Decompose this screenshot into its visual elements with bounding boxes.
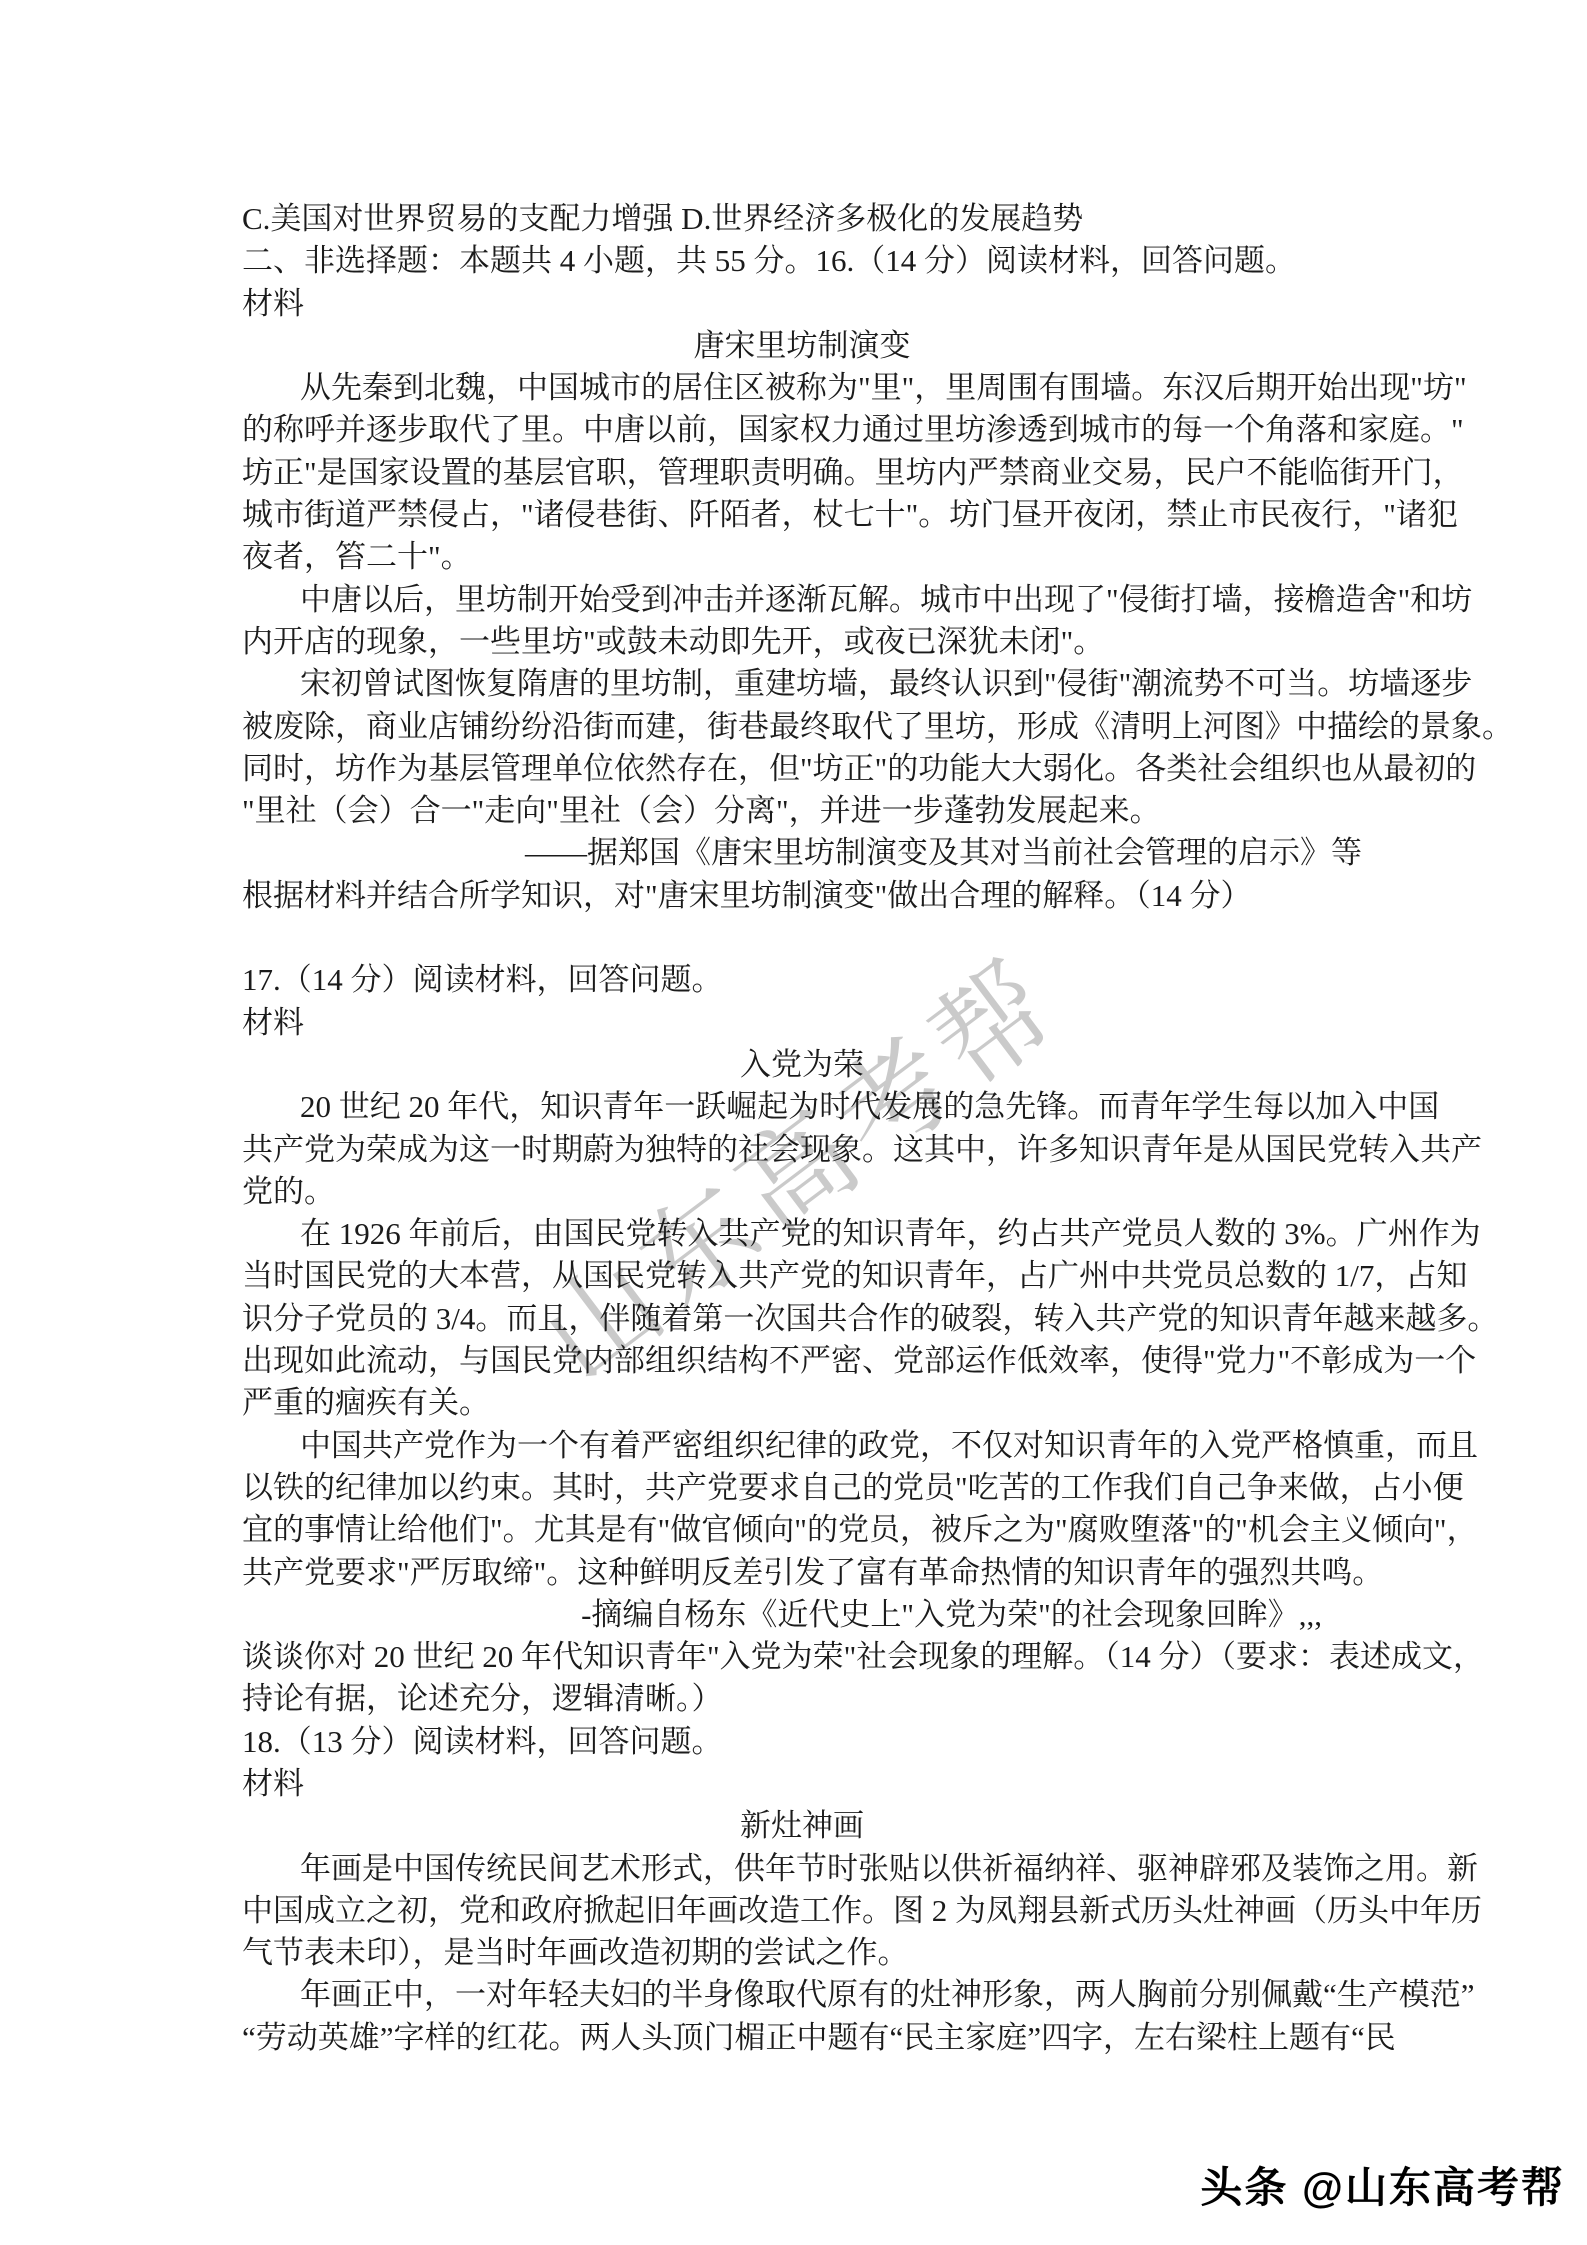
- text-line: 在 1926 年前后，由国民党转入共产党的知识青年，约占共产党员人数的 3%。广…: [242, 1213, 1362, 1255]
- text-line: 根据材料并结合所学知识，对"唐宋里坊制演变"做出合理的解释。（14 分）: [242, 875, 1362, 917]
- section-title: 入党为荣: [242, 1044, 1362, 1086]
- text-line: 18.（13 分）阅读材料，回答问题。: [242, 1721, 1362, 1763]
- text-line: 二、非选择题：本题共 4 小题，共 55 分。16.（14 分）阅读材料，回答问…: [242, 240, 1362, 282]
- text-line: 年画是中国传统民间艺术形式，供年节时张贴以供祈福纳祥、驱神辟邪及装饰之用。新: [242, 1848, 1362, 1890]
- text-line: 出现如此流动，与国民党内部组织结构不严密、党部运作低效率，使得"党力"不彰成为一…: [242, 1340, 1362, 1382]
- source-byline: ——据郑国《唐宋里坊制演变及其对当前社会管理的启示》等: [242, 832, 1362, 874]
- text-line: 材料: [242, 1002, 1362, 1044]
- source-byline: -摘编自杨东《近代史上"入党为荣"的社会现象回眸》,,,: [242, 1594, 1362, 1636]
- exam-page: 山东高考帮 C.美国对世界贸易的支配力增强 D.世界经济多极化的发展趋势二、非选…: [0, 0, 1587, 2245]
- text-line: 同时，坊作为基层管理单位依然存在，但"坊正"的功能大大弱化。各类社会组织也从最初…: [242, 748, 1362, 790]
- text-line: 严重的痼疾有关。: [242, 1382, 1362, 1424]
- text-line: 中唐以后，里坊制开始受到冲击并逐渐瓦解。城市中出现了"侵街打墙，接檐造舍"和坊: [242, 579, 1362, 621]
- text-line: 识分子党员的 3/4。而且，伴随着第一次国共合作的破裂，转入共产党的知识青年越来…: [242, 1298, 1362, 1340]
- text-line: 20 世纪 20 年代，知识青年一跃崛起为时代发展的急先锋。而青年学生每以加入中…: [242, 1086, 1362, 1128]
- text-line: 中国成立之初，党和政府掀起旧年画改造工作。图 2 为凤翔县新式历头灶神画（历头中…: [242, 1890, 1362, 1932]
- watermark-credit: 头条 @山东高考帮: [1200, 2155, 1565, 2215]
- text-line: 内开店的现象，一些里坊"或鼓未动即先开，或夜已深犹未闭"。: [242, 621, 1362, 663]
- text-line: 从先秦到北魏，中国城市的居住区被称为"里"，里周围有围墙。东汉后期开始出现"坊": [242, 367, 1362, 409]
- text-line: 的称呼并逐步取代了里。中唐以前，国家权力通过里坊渗透到城市的每一个角落和家庭。": [242, 409, 1362, 451]
- text-line: 宋初曾试图恢复隋唐的里坊制，重建坊墙，最终认识到"侵街"潮流势不可当。坊墙逐步: [242, 663, 1362, 705]
- text-line: 当时国民党的大本营，从国民党转入共产党的知识青年，占广州中共党员总数的 1/7，…: [242, 1255, 1362, 1297]
- text-line: 坊正"是国家设置的基层官职，管理职责明确。里坊内严禁商业交易，民户不能临街开门，: [242, 452, 1362, 494]
- text-line: 持论有据，论述充分，逻辑清晰。）: [242, 1678, 1362, 1720]
- text-line: 被废除，商业店铺纷纷沿街而建，街巷最终取代了里坊，形成《清明上河图》中描绘的景象…: [242, 706, 1362, 748]
- text-line: 材料: [242, 283, 1362, 325]
- text-line: 年画正中，一对年轻夫妇的半身像取代原有的灶神形象，两人胸前分别佩戴“生产模范”: [242, 1974, 1362, 2016]
- section-title: 唐宋里坊制演变: [242, 325, 1362, 367]
- text-line: 夜者，笞二十"。: [242, 536, 1362, 578]
- blank-line: [242, 917, 1362, 959]
- text-line: 宜的事情让给他们"。尤其是有"做官倾向"的党员，被斥之为"腐败堕落"的"机会主义…: [242, 1509, 1362, 1551]
- text-line: 党的。: [242, 1171, 1362, 1213]
- text-line: 共产党要求"严厉取缔"。这种鲜明反差引发了富有革命热情的知识青年的强烈共鸣。: [242, 1552, 1362, 1594]
- text-line: C.美国对世界贸易的支配力增强 D.世界经济多极化的发展趋势: [242, 198, 1362, 240]
- text-line: 中国共产党作为一个有着严密组织纪律的政党，不仅对知识青年的入党严格慎重，而且: [242, 1425, 1362, 1467]
- section-title: 新灶神画: [242, 1805, 1362, 1847]
- text-line: 谈谈你对 20 世纪 20 年代知识青年"入党为荣"社会现象的理解。（14 分）…: [242, 1636, 1362, 1678]
- text-line: "里社（会）合一"走向"里社（会）分离"，并进一步蓬勃发展起来。: [242, 790, 1362, 832]
- text-line: 城市街道严禁侵占，"诸侵巷街、阡陌者，杖七十"。坊门昼开夜闭，禁止市民夜行，"诸…: [242, 494, 1362, 536]
- text-line: 气节表未印），是当时年画改造初期的尝试之作。: [242, 1932, 1362, 1974]
- document-body: C.美国对世界贸易的支配力增强 D.世界经济多极化的发展趋势二、非选择题：本题共…: [242, 198, 1362, 2059]
- text-line: 共产党为荣成为这一时期蔚为独特的社会现象。这其中，许多知识青年是从国民党转入共产: [242, 1129, 1362, 1171]
- text-line: 17.（14 分）阅读材料，回答问题。: [242, 959, 1362, 1001]
- text-line: “劳动英雄”字样的红花。两人头顶门楣正中题有“民主家庭”四字，左右梁柱上题有“民: [242, 2017, 1362, 2059]
- text-line: 材料: [242, 1763, 1362, 1805]
- text-line: 以铁的纪律加以约束。其时，共产党要求自己的党员"吃苦的工作我们自己争来做，占小便: [242, 1467, 1362, 1509]
